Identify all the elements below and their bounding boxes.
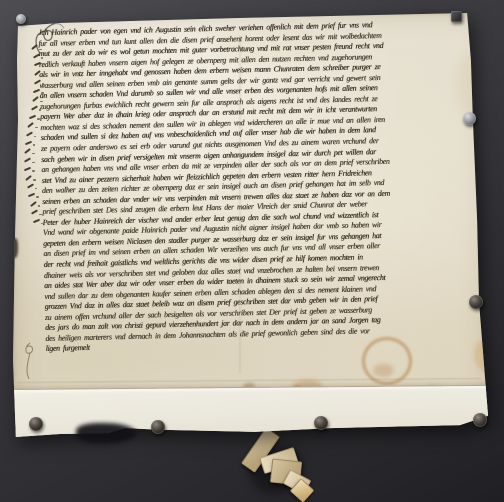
right-upper-pin <box>463 112 476 125</box>
top-right-pin <box>451 11 462 22</box>
bottom-pin-3 <box>314 416 328 430</box>
bottom-pin-2 <box>151 420 165 434</box>
fastener-layer <box>0 0 504 502</box>
bottom-pin-1 <box>29 417 43 431</box>
right-lower-pin <box>469 295 483 309</box>
top-left-pin <box>16 14 26 24</box>
photo-backdrop: Jch Hainrich pader von egen vnd ich Augu… <box>0 0 504 502</box>
bottom-pin-4 <box>473 413 487 427</box>
